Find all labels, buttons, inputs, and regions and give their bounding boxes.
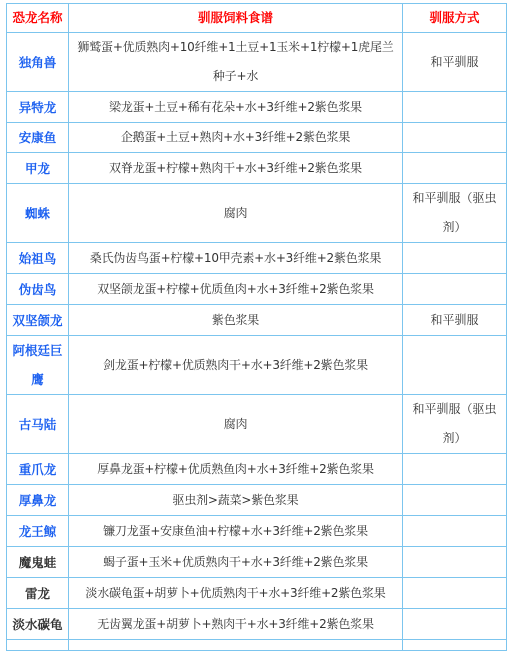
dinosaur-name: 雷龙 (25, 586, 50, 601)
table-row: 古马陆 腐肉 和平驯服（驱虫剂） (7, 395, 507, 454)
recipe-cell: 紫色浆果 (69, 305, 403, 336)
table-header-row: 恐龙名称 驯服饲料食谱 驯服方式 (7, 4, 507, 33)
method-cell (403, 243, 507, 274)
recipe-cell: 梁龙蛋+土豆+稀有花朵+水+3纤维+2紫色浆果 (69, 92, 403, 123)
table-row: 安康鱼 企鹅蛋+土豆+熟肉+水+3纤维+2紫色浆果 (7, 123, 507, 153)
dinosaur-name-cell: 始祖鸟 (7, 243, 69, 274)
dinosaur-name-cell: 阿根廷巨鹰 (7, 336, 69, 395)
dinosaur-name: 魔鬼蛙 (19, 555, 57, 570)
method-cell: 和平驯服 (403, 305, 507, 336)
table-row: 伪齿鸟 双坚颌龙蛋+柠檬+优质鱼肉+水+3纤维+2紫色浆果 (7, 274, 507, 305)
dinosaur-link[interactable]: 异特龙 (19, 100, 57, 115)
recipe-cell: 双脊龙蛋+柠檬+熟肉干+水+3纤维+2紫色浆果 (69, 153, 403, 184)
recipe-cell: 腐肉 (69, 184, 403, 243)
method-cell: 和平驯服 (403, 33, 507, 92)
table-row: 双坚颌龙 紫色浆果 和平驯服 (7, 305, 507, 336)
dinosaur-link[interactable]: 始祖鸟 (19, 251, 57, 266)
taming-recipe-table: 恐龙名称 驯服饲料食谱 驯服方式 独角兽 狮鹫蛋+优质熟肉+10纤维+1土豆+1… (6, 3, 507, 644)
recipe-cell: 剑龙蛋+柠檬+优质熟肉干+水+3纤维+2紫色浆果 (69, 336, 403, 395)
method-cell (403, 153, 507, 184)
table-row: 阿根廷巨鹰 剑龙蛋+柠檬+优质熟肉干+水+3纤维+2紫色浆果 (7, 336, 507, 395)
header-taming-method: 驯服方式 (403, 4, 507, 33)
dinosaur-link[interactable]: 独角兽 (19, 55, 57, 70)
table-row: 龙王鲸 镰刀龙蛋+安康鱼油+柠檬+水+3纤维+2紫色浆果 (7, 516, 507, 547)
dinosaur-name-cell (7, 640, 69, 645)
dinosaur-name-cell: 魔鬼蛙 (7, 547, 69, 578)
recipe-cell: 厚鼻龙蛋+柠檬+优质熟鱼肉+水+3纤维+2紫色浆果 (69, 454, 403, 485)
table-row: 始祖鸟 桑氏伪齿鸟蛋+柠檬+10甲壳素+水+3纤维+2紫色浆果 (7, 243, 507, 274)
method-cell: 和平驯服（驱虫剂） (403, 395, 507, 454)
dinosaur-name-cell: 异特龙 (7, 92, 69, 123)
dinosaur-name-cell: 淡水碳龟 (7, 609, 69, 640)
recipe-cell: 淡水碳龟蛋+胡萝卜+优质熟肉干+水+3纤维+2紫色浆果 (69, 578, 403, 609)
table-row: 独角兽 狮鹫蛋+优质熟肉+10纤维+1土豆+1玉米+1柠檬+1虎尾兰种子+水 和… (7, 33, 507, 92)
dinosaur-name-cell: 独角兽 (7, 33, 69, 92)
taming-recipe-table-container: 恐龙名称 驯服饲料食谱 驯服方式 独角兽 狮鹫蛋+优质熟肉+10纤维+1土豆+1… (6, 3, 507, 644)
dinosaur-name-cell: 厚鼻龙 (7, 485, 69, 516)
dinosaur-link[interactable]: 安康鱼 (19, 130, 57, 145)
method-cell (403, 274, 507, 305)
dinosaur-link[interactable]: 伪齿鸟 (19, 282, 57, 297)
method-cell (403, 640, 507, 645)
table-row: 甲龙 双脊龙蛋+柠檬+熟肉干+水+3纤维+2紫色浆果 (7, 153, 507, 184)
recipe-cell: 桑氏伪齿鸟蛋+柠檬+10甲壳素+水+3纤维+2紫色浆果 (69, 243, 403, 274)
recipe-cell: 蝎子蛋+玉米+优质熟肉干+水+3纤维+2紫色浆果 (69, 547, 403, 578)
table-row: 雷龙 淡水碳龟蛋+胡萝卜+优质熟肉干+水+3纤维+2紫色浆果 (7, 578, 507, 609)
recipe-cell: 无齿翼龙蛋+胡萝卜+熟肉干+水+3纤维+2紫色浆果 (69, 609, 403, 640)
dinosaur-link[interactable]: 重爪龙 (19, 462, 57, 477)
method-cell (403, 454, 507, 485)
table-row-truncated (7, 640, 507, 645)
table-row: 异特龙 梁龙蛋+土豆+稀有花朵+水+3纤维+2紫色浆果 (7, 92, 507, 123)
recipe-cell: 腐肉 (69, 395, 403, 454)
method-cell (403, 609, 507, 640)
dinosaur-name-cell: 安康鱼 (7, 123, 69, 153)
method-cell (403, 578, 507, 609)
table-row: 蜘蛛 腐肉 和平驯服（驱虫剂） (7, 184, 507, 243)
method-cell (403, 92, 507, 123)
dinosaur-name-cell: 古马陆 (7, 395, 69, 454)
dinosaur-name-cell: 甲龙 (7, 153, 69, 184)
dinosaur-link[interactable]: 甲龙 (25, 161, 50, 176)
dinosaur-link[interactable]: 蜘蛛 (25, 206, 50, 221)
method-cell (403, 516, 507, 547)
recipe-cell: 双坚颌龙蛋+柠檬+优质鱼肉+水+3纤维+2紫色浆果 (69, 274, 403, 305)
dinosaur-link[interactable]: 古马陆 (19, 417, 57, 432)
dinosaur-name-cell: 双坚颌龙 (7, 305, 69, 336)
recipe-cell: 企鹅蛋+土豆+熟肉+水+3纤维+2紫色浆果 (69, 123, 403, 153)
recipe-cell: 镰刀龙蛋+安康鱼油+柠檬+水+3纤维+2紫色浆果 (69, 516, 403, 547)
dinosaur-link[interactable]: 双坚颌龙 (12, 313, 62, 328)
dinosaur-name-cell: 雷龙 (7, 578, 69, 609)
table-row: 厚鼻龙 驱虫剂>蔬菜>紫色浆果 (7, 485, 507, 516)
table-row: 重爪龙 厚鼻龙蛋+柠檬+优质熟鱼肉+水+3纤维+2紫色浆果 (7, 454, 507, 485)
method-cell (403, 485, 507, 516)
recipe-cell: 驱虫剂>蔬菜>紫色浆果 (69, 485, 403, 516)
method-cell (403, 547, 507, 578)
method-cell (403, 123, 507, 153)
dinosaur-name-cell: 蜘蛛 (7, 184, 69, 243)
dinosaur-link[interactable]: 厚鼻龙 (19, 493, 57, 508)
dinosaur-name-cell: 重爪龙 (7, 454, 69, 485)
dinosaur-name-cell: 龙王鲸 (7, 516, 69, 547)
dinosaur-name: 淡水碳龟 (12, 617, 62, 632)
table-row: 淡水碳龟 无齿翼龙蛋+胡萝卜+熟肉干+水+3纤维+2紫色浆果 (7, 609, 507, 640)
dinosaur-link[interactable]: 阿根廷巨鹰 (12, 343, 62, 387)
recipe-cell: 狮鹫蛋+优质熟肉+10纤维+1土豆+1玉米+1柠檬+1虎尾兰种子+水 (69, 33, 403, 92)
dinosaur-name-cell: 伪齿鸟 (7, 274, 69, 305)
recipe-cell (69, 640, 403, 645)
method-cell: 和平驯服（驱虫剂） (403, 184, 507, 243)
method-cell (403, 336, 507, 395)
header-taming-recipe: 驯服饲料食谱 (69, 4, 403, 33)
dinosaur-link[interactable]: 龙王鲸 (19, 524, 57, 539)
header-dinosaur-name: 恐龙名称 (7, 4, 69, 33)
table-row: 魔鬼蛙 蝎子蛋+玉米+优质熟肉干+水+3纤维+2紫色浆果 (7, 547, 507, 578)
